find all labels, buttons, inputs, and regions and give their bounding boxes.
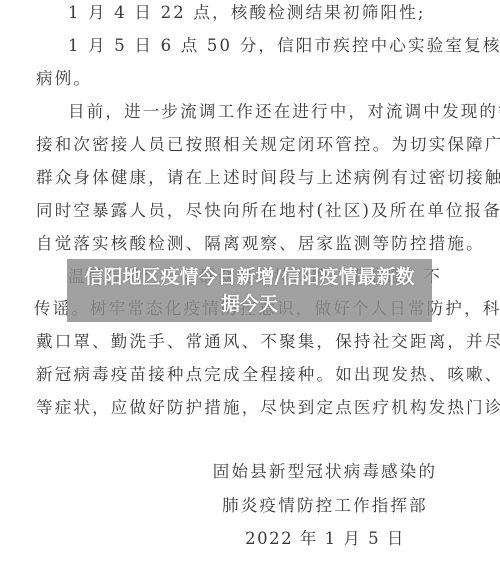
doc-line: 接和次密接人员已按照相关规定闭环管控。为切实保障广大 — [36, 134, 500, 156]
doc-line: 同时空暴露人员，尽快向所在地村(社区)及所在单位报备， — [36, 200, 500, 222]
article-title: 信阳地区疫情今日新增/信阳疫情最新数据今天 — [80, 264, 420, 318]
doc-line: 新冠病毒疫苗接种点完成全程接种。如出现发热、咳嗽、腹泻 — [36, 364, 500, 386]
signature-org-line2: 肺炎疫情防控工作指挥部 — [0, 495, 500, 517]
doc-line: 戴口罩、勤洗手、常通风、不聚集，保持社交距离，并尽快到 — [36, 331, 500, 353]
signature-org-line1: 固始县新型冠状病毒感染的 — [0, 461, 500, 483]
doc-line: 1 月 5 日 6 点 50 分，信阳市疾控中心实验室复核为确诊 — [68, 35, 500, 57]
doc-line: 等症状，应做好防护措施，尽快到定点医疗机构发热门诊就诊。 — [36, 397, 500, 419]
title-overlay-banner: 信阳地区疫情今日新增/信阳疫情最新数据今天 — [67, 259, 432, 322]
doc-line: 病例。 — [36, 68, 92, 90]
signature-date: 2022 年 1 月 5 日 — [0, 528, 500, 550]
doc-line: 自觉落实核酸检测、隔离观察、居家监测等防控措施。 — [36, 233, 485, 255]
doc-line: 群众身体健康，请在上述时间段与上述病例有过密切接触或 — [36, 167, 500, 189]
doc-line: 1 月 4 日 22 点，核酸检测结果初筛阳性; — [68, 2, 426, 24]
doc-line: 目前，进一步流调工作还在进行中，对流调中发现的密 — [68, 101, 500, 123]
